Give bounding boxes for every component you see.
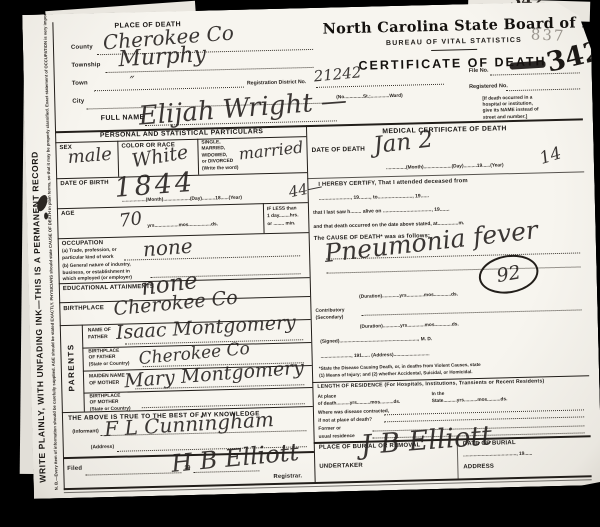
where-contracted-label: Where was disease contracted, if not at … (318, 408, 390, 425)
dob-label: DATE OF BIRTH (60, 180, 109, 188)
contributory-label: Contributory (Secondary) (315, 308, 344, 322)
date-of-death-line: ...............(Month)..................… (386, 163, 504, 172)
township-label: Township (71, 62, 100, 70)
registered-no-line (506, 87, 580, 91)
date-address-line: ......................., 191...... (Addr… (321, 352, 430, 360)
certificate-paper: WRITE PLAINLY, WITH UNFADING INK—THIS IS… (22, 1, 600, 499)
where-contracted-line-1 (384, 408, 584, 415)
violent-causes-footnote: *State the Disease Causing Death, or, in… (319, 362, 481, 380)
registration-district-label: Registration District No. (247, 79, 307, 87)
form-bottom-rule (64, 475, 592, 489)
sex-race-divider (117, 141, 119, 177)
occupation-value: none (142, 234, 193, 262)
former-residence-label: Former or usual residence (318, 425, 355, 441)
certify-dates-line: ......................., 19........, to.… (319, 193, 429, 202)
cause-code-value: 92 (495, 261, 522, 287)
registered-no-label: Registered No. (469, 83, 508, 91)
date-of-death-label: DATE OF DEATH (311, 146, 365, 155)
cause-line-2 (327, 265, 581, 273)
parents-label-divider (82, 325, 85, 412)
undertaker-label: UNDERTAKER (319, 463, 363, 471)
township-value: Murphy (118, 42, 207, 72)
registration-district-value: 21242 (313, 63, 362, 85)
faint-page-number-stamp: 837 (530, 25, 565, 45)
city-label: City (72, 99, 84, 106)
duration-line-1: (Duration).............yrs.............m… (359, 292, 458, 300)
filed-line (85, 471, 181, 475)
informant-address-label: (Address) (91, 444, 114, 451)
hospital-note: [If death occurred in a hospital or inst… (482, 95, 539, 121)
last-saw-line: that I last saw h........ alive on .....… (313, 207, 450, 216)
signed-line: (Signed)................................… (320, 337, 432, 345)
mother-name-label: MAIDEN NAME OF MOTHER (89, 373, 125, 388)
filed-label: Filed (67, 466, 82, 473)
marital-label: SINGLE, MARRIED, WIDOWED, or DIVORCED (W… (201, 140, 238, 173)
town-label: Town (72, 80, 88, 87)
ink-blot-small (44, 212, 48, 219)
file-no-label: File No. (469, 68, 489, 75)
registrar-signature: H B Elliott (170, 438, 300, 478)
bureau-underline (431, 49, 477, 51)
if-less-label: IF LESS than 1 day........hrs. or ......… (267, 205, 299, 228)
certify-text: I HEREBY CERTIFY, That I attended deceas… (318, 178, 468, 188)
file-no-line (490, 71, 580, 75)
age-label: AGE (61, 211, 75, 218)
registrar-label: Registrar. (273, 473, 302, 480)
cause-code-circle: 92 (476, 251, 541, 298)
age-value: 70 (118, 208, 143, 232)
county-label: County (71, 44, 93, 51)
age-units-line: yrs..................mos................… (147, 222, 218, 229)
sex-value: male (67, 144, 113, 168)
father-birthplace-label: BIRTHPLACE OF FATHER (State or Country) (88, 348, 129, 368)
town-line (94, 86, 244, 92)
duration-line-2: (Duration).............yrs.............m… (360, 322, 459, 330)
burial-date-line: ........................................… (463, 452, 532, 459)
parents-vertical-label: PARENTS (66, 325, 77, 410)
date-of-death-year-value: 14 (537, 143, 564, 169)
date-of-death-value: Jan 2 (372, 126, 434, 158)
informant-label: (Informant) (72, 428, 99, 435)
mother-name-rule (83, 387, 312, 394)
in-state-line: In the State..........yrs..........mos..… (431, 389, 507, 405)
scanned-death-certificate: 342 WRITE PLAINLY, WITH UNFADING INK—THI… (0, 0, 600, 527)
occupation-a-label: (a) Trade, profession, or particular kin… (62, 248, 117, 263)
marital-value: married (238, 137, 305, 163)
contributory-line (362, 308, 582, 315)
birthplace-label: BIRTHPLACE (63, 305, 104, 313)
certificate-form: WRITE PLAINLY, WITH UNFADING INK—THIS IS… (22, 1, 600, 499)
occupation-label: OCCUPATION (62, 240, 104, 248)
undertaker-address-label: ADDRESS (463, 464, 494, 472)
father-name-label: NAME OF FATHER (88, 327, 111, 342)
at-place-line: At place of death..........yrs..........… (318, 392, 401, 408)
race-marital-divider (197, 139, 199, 175)
town-value: ″ (130, 74, 135, 89)
if-less-box-divider (263, 203, 265, 233)
